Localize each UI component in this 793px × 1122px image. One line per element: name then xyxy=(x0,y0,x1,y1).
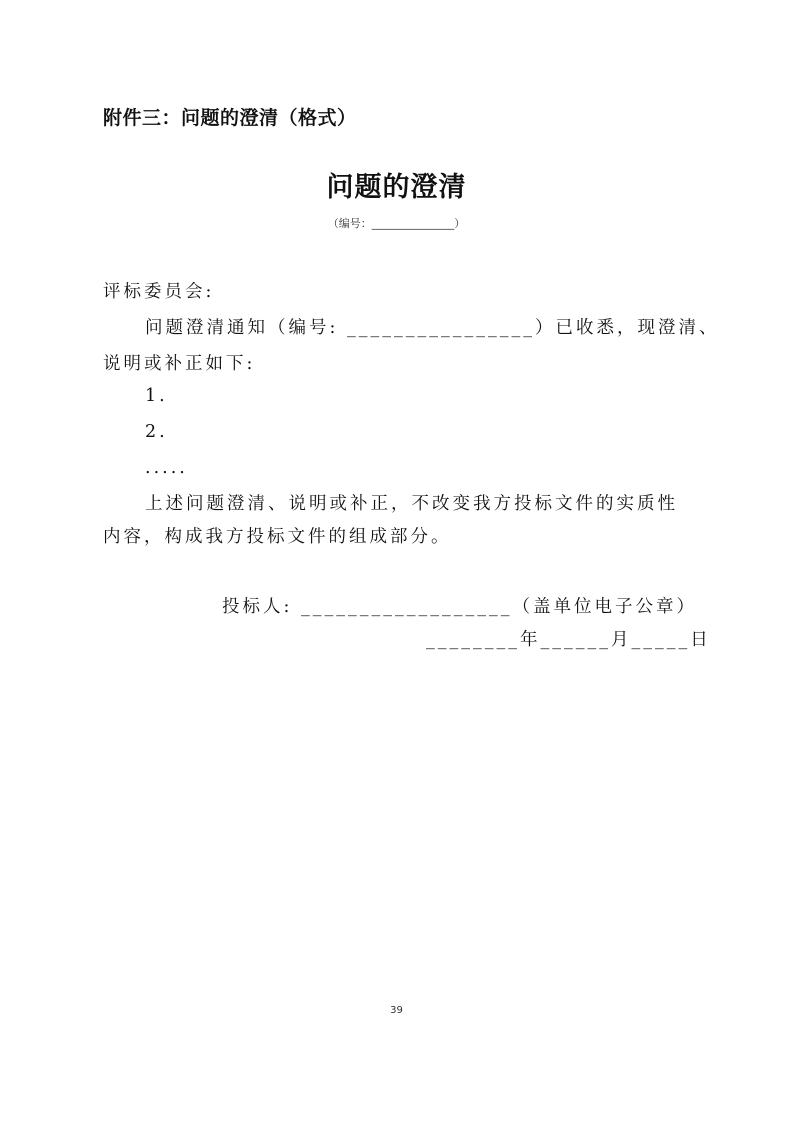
bidder-signature-line: 投标人: __________________（盖单位电子公章） xyxy=(222,593,697,618)
page-number: 39 xyxy=(0,1005,793,1016)
document-number-line: （编号：_______________） xyxy=(0,215,793,231)
list-item-1: 1. xyxy=(145,386,168,406)
paragraph-2-line-1: 上述问题澄清、说明或补正，不改变我方投标文件的实质性 xyxy=(145,490,678,515)
list-item-2: 2. xyxy=(145,422,168,442)
document-page: 附件三：问题的澄清（格式） 问题的澄清 （编号：_______________）… xyxy=(0,0,793,1122)
paragraph-1-line-1: 问题澄清通知（编号: ________________）已收悉，现澄清、 xyxy=(145,314,719,339)
date-line: ________年______月_____日 xyxy=(426,626,711,651)
paragraph-1-line-2: 说明或补正如下: xyxy=(103,350,255,375)
list-item-ellipsis: ..... xyxy=(145,458,188,478)
paragraph-2-line-2: 内容，构成我方投标文件的组成部分。 xyxy=(103,523,452,548)
salutation: 评标委员会: xyxy=(103,278,214,303)
attachment-heading: 附件三：问题的澄清（格式） xyxy=(103,103,357,130)
document-title: 问题的澄清 xyxy=(0,165,793,204)
